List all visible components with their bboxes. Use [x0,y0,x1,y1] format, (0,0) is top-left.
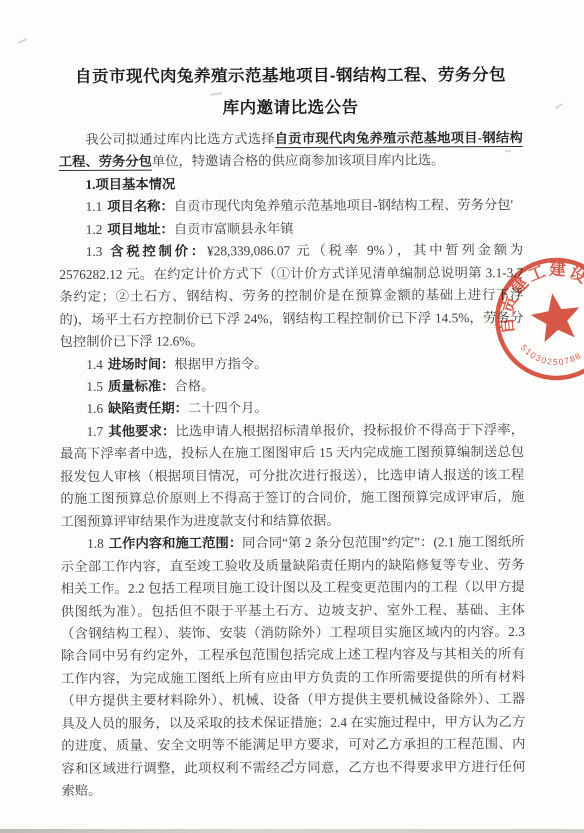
item-label: 质量标准： [108,378,175,393]
document-title-line1: 自贡市现代肉兔养殖示范基地项目-钢结构工程、劳务分包 [58,59,522,93]
scan-bottom-edge [0,829,584,833]
item-number: 1.1 [86,199,103,214]
item-text: 自贡市富顺县永年镇 [174,221,294,237]
item-number: 1.5 [86,379,103,394]
item-number: 1.7 [87,424,104,439]
item-number: 1.2 [86,222,103,237]
page-number: 1 [0,757,584,769]
item-project-name: 1.1项目名称：自贡市现代肉兔养殖示范基地项目-钢结构工程、劳务分包' [59,194,523,218]
item-entry-time: 1.4进场时间：根据甲方指令。 [60,352,524,376]
item-label: 缺陷责任期： [108,401,188,416]
item-number: 1.6 [86,401,103,416]
item-control-price: 1.3含税控制价：¥28,339,086.07 元（税率 9%），其中暂列金额为… [59,239,523,353]
item-label: 含税控制价： [107,244,207,259]
item-defect-liability: 1.6缺陷责任期：二十四个月。 [60,396,524,420]
scan-artifact [555,103,563,109]
item-label: 项目地址： [107,221,174,236]
item-number: 1.8 [87,536,104,551]
item-quality-standard: 1.5质量标准：合格。 [60,374,524,398]
svg-text:51030250788: 51030250788 [518,334,584,373]
item-text: 二十四个月。 [188,401,268,416]
item-label: 工作内容和施工范围： [109,535,243,551]
item-number: 1.4 [86,356,103,371]
item-number: 1.3 [86,244,103,259]
intro-suffix: 单位，特邀请合格的供应商参加该项目库内比选。 [152,153,445,169]
item-text: 合格。 [174,378,214,393]
document-body: 自贡市现代肉兔养殖示范基地项目-钢结构工程、劳务分包 库内邀请比选公告 我公司拟… [58,59,525,803]
intro-prefix: 我公司拟通过库内比选方式选择 [85,131,275,147]
scan-artifact [18,38,27,44]
item-label: 项目名称： [107,199,174,214]
document-title-line2: 库内邀请比选公告 [59,91,523,125]
seal-registration-number: 51030250788 [518,334,584,373]
scanned-document-page: 自贡市现代肉兔养殖示范基地项目-钢结构工程、劳务分包 库内邀请比选公告 我公司拟… [0,0,584,833]
document-title: 自贡市现代肉兔养殖示范基地项目-钢结构工程、劳务分包 库内邀请比选公告 [58,59,522,125]
item-text: 根据甲方指令。 [174,356,267,371]
item-project-address: 1.2项目地址：自贡市富顺县永年镇 [59,217,523,241]
section-heading: 1.项目基本情况 [59,172,523,196]
item-label: 进场时间： [108,356,175,371]
item-text: 自贡市现代肉兔养殖示范基地项目-钢结构工程、劳务分包' [174,197,513,213]
seal-star-icon [528,289,584,343]
item-label: 其他要求： [108,423,175,438]
item-other-requirements: 1.7其他要求：比选申请人根据招标清单报价，投标报价不得高于下浮率，最高下浮率者… [60,419,524,533]
intro-paragraph: 我公司拟通过库内比选方式选择自贡市现代肉兔养殖示范基地项目-钢结构工程、劳务分包… [59,127,523,174]
